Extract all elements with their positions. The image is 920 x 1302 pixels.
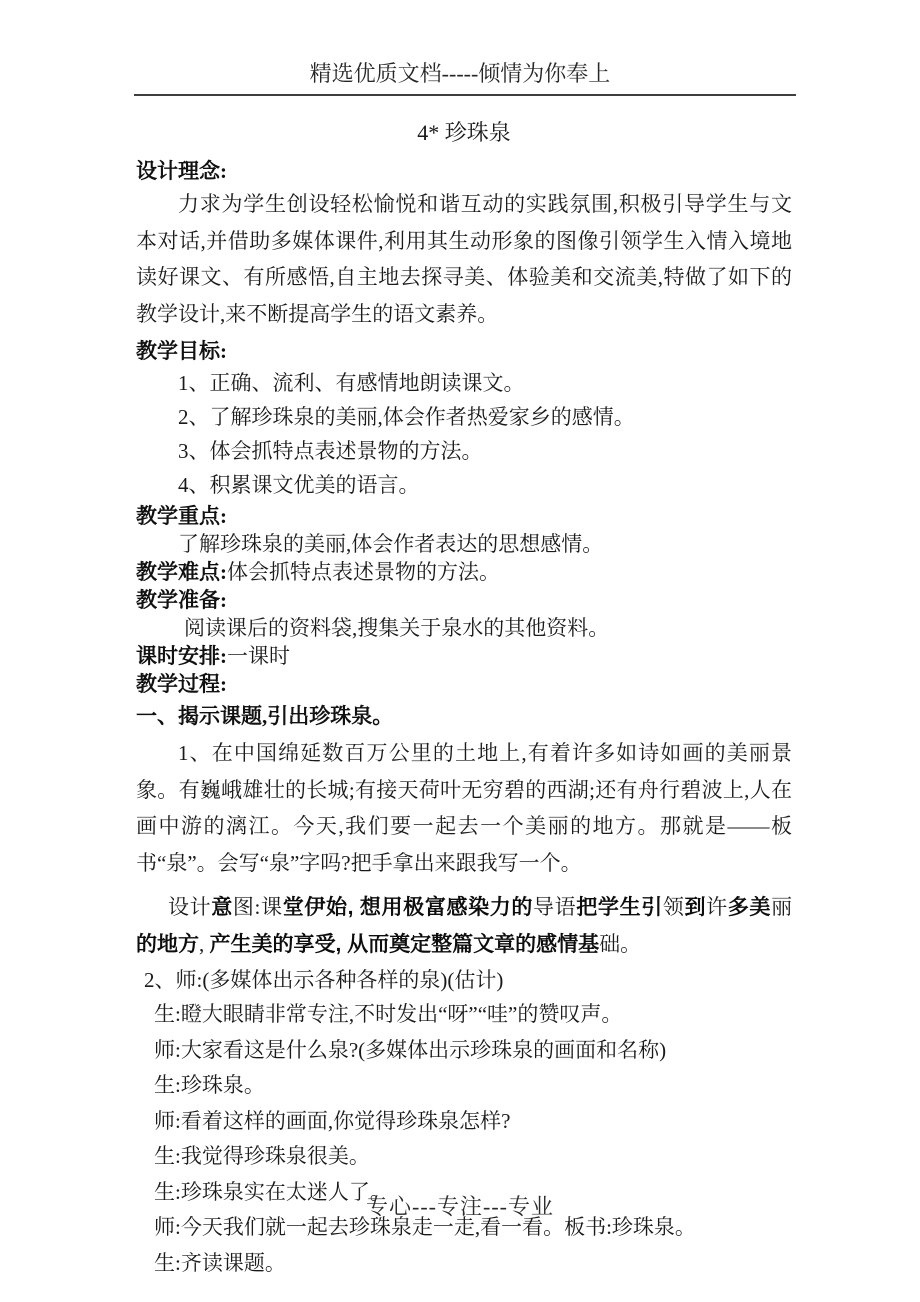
design-intent-segment: 多美	[728, 896, 771, 919]
paragraph-preparation: 阅读课后的资料袋,搜集关于泉水的其他资料。	[136, 614, 792, 642]
dialogue-line: 生:珍珠泉。	[136, 1068, 792, 1104]
header-title: 精选优质文档-----倾情为你奉上	[0, 60, 920, 88]
process-step2-line: 2、师:(多媒体出示各种各样的泉)(估计)	[136, 963, 792, 997]
design-intent-paragraph: 设计意图:课堂伊始, 想用极富感染力的导语把学生引领到许多美丽的地方, 产生美的…	[136, 889, 792, 963]
paragraph-key-points: 了解珍珠泉的美丽,体会作者表达的思想感情。	[136, 530, 792, 558]
page-title: 4* 珍珠泉	[136, 118, 792, 148]
document-page: 精选优质文档-----倾情为你奉上 4* 珍珠泉 设计理念: 力求为学生创设轻松…	[0, 0, 920, 1302]
design-intent-segment: 领	[663, 895, 685, 919]
design-intent-segment: 导语	[533, 895, 576, 919]
objective-item: 3、体会抓特点表述景物的方法。	[136, 434, 792, 468]
design-intent-segment: ,	[199, 932, 210, 956]
section-heading-schedule: 课时安排:	[136, 644, 227, 668]
design-intent-segment: 到	[685, 896, 707, 919]
dialogue-line: 师:看着这样的画面,你觉得珍珠泉怎样?	[136, 1104, 792, 1140]
paragraph-design-concept: 力求为学生创设轻松愉悦和谐互动的实践氛围,积极引导学生与文本对话,并借助多媒体课…	[136, 186, 792, 332]
objective-item: 2、了解珍珠泉的美丽,体会作者热爱家乡的感情。	[136, 400, 792, 434]
section-heading-process: 教学过程:	[136, 670, 792, 698]
design-intent-segment: 设计	[168, 895, 211, 919]
design-intent-segment: 的地方	[136, 933, 199, 956]
section-heading-difficulties: 教学难点:	[136, 560, 227, 584]
design-intent-segment: 把学生引	[576, 896, 663, 919]
process-step1-heading: 一、揭示课题,引出珍珠泉。	[136, 698, 792, 735]
section-heading-design-concept: 设计理念:	[136, 156, 792, 186]
process-step1-paragraph: 1、在中国绵延数百万公里的土地上,有着许多如诗如画的美丽景象。有巍峨雄壮的长城;…	[136, 735, 792, 881]
objective-item: 1、正确、流利、有感情地朗读课文。	[136, 366, 792, 400]
line-schedule: 课时安排:一课时	[136, 642, 792, 670]
dialogue-line: 师:大家看这是什么泉?(多媒体出示珍珠泉的画面和名称)	[136, 1033, 792, 1069]
document-content: 4* 珍珠泉 设计理念: 力求为学生创设轻松愉悦和谐互动的实践氛围,积极引导学生…	[136, 96, 792, 1281]
design-intent-segment: 图:	[233, 895, 260, 919]
design-intent-segment: 许	[706, 895, 728, 919]
design-intent-segment: 堂伊始, 想用极富感染力的	[283, 896, 533, 919]
text-schedule: 一课时	[227, 644, 290, 668]
design-intent-segment: 产生美的享受, 从而奠定整篇文章的感情基	[210, 933, 600, 956]
text-difficulties: 体会抓特点表述景物的方法。	[227, 560, 500, 584]
line-difficulties: 教学难点:体会抓特点表述景物的方法。	[136, 558, 792, 586]
dialogue-line: 生:瞪大眼睛非常专注,不时发出“呀”“哇”的赞叹声。	[136, 997, 792, 1033]
objective-item: 4、积累课文优美的语言。	[136, 468, 792, 502]
dialogue-line: 生:我觉得珍珠泉很美。	[136, 1139, 792, 1175]
section-heading-key-points: 教学重点:	[136, 502, 792, 530]
section-heading-objectives: 教学目标:	[136, 336, 792, 366]
dialogue-line: 生:齐读课题。	[136, 1246, 792, 1282]
design-intent-segment: 丽	[771, 895, 792, 919]
design-intent-segment: 础。	[599, 932, 641, 956]
design-intent-segment: 意	[211, 896, 233, 919]
section-heading-preparation: 教学准备:	[136, 586, 792, 614]
page-footer: 专心---专注---专业	[0, 1192, 920, 1222]
design-intent-segment: 课	[260, 895, 282, 919]
